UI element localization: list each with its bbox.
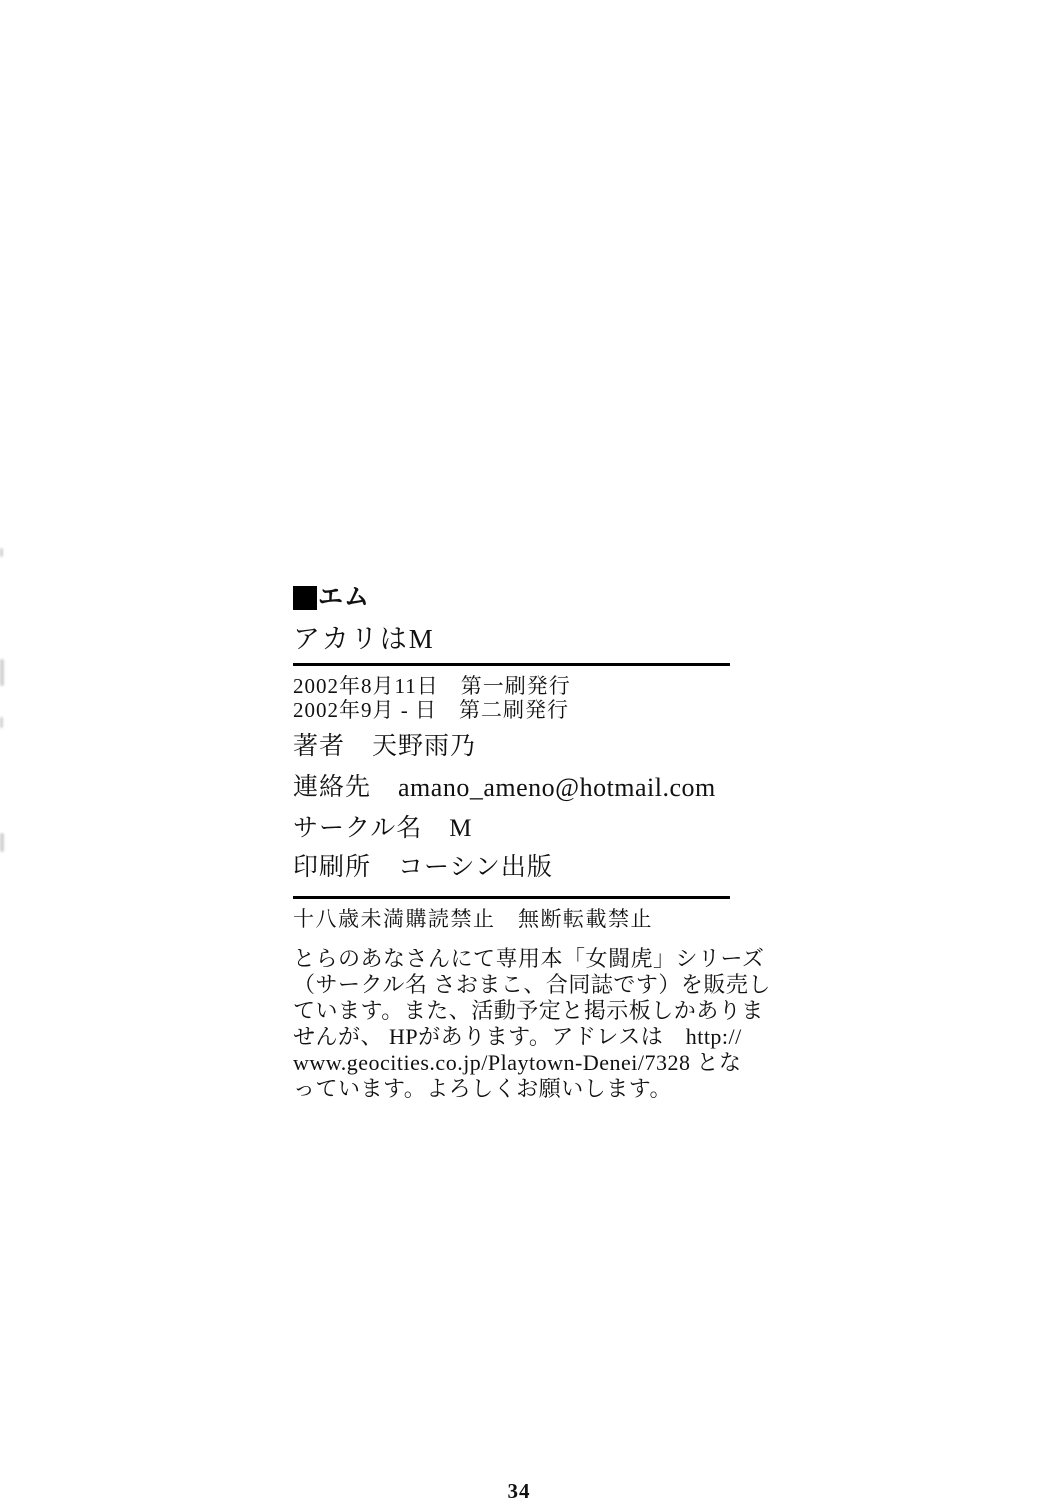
paragraph-line: とらのあなさんにて専用本「女闘虎」シリーズ [293, 946, 771, 972]
circle-name-label: サークル名 [293, 815, 422, 843]
paragraph-line: （サークル名 さおまこ、合同誌です）を販売し [293, 972, 771, 998]
author-label: 著者 [293, 733, 345, 761]
printer-value: コーシン出版 [398, 854, 553, 882]
scan-artifact [0, 548, 3, 557]
scan-artifact [0, 717, 3, 728]
scanned-colophon-page: エム アカリはM 2002年8月11日 第一刷発行 2002年9月 - 日 第二… [0, 0, 1038, 1512]
scan-artifact [0, 659, 4, 686]
paragraph-line: ています。また、活動予定と掲示板しかありま [293, 998, 771, 1024]
author-row: 著者 天野雨乃 [293, 733, 476, 761]
divider-rule-top [293, 663, 730, 666]
contact-row: 連絡先 amano_ameno@hotmail.com [293, 774, 716, 802]
second-printing-line: 2002年9月 - 日 第二刷発行 [293, 698, 569, 722]
paragraph-line: っています。よろしくお願いします。 [293, 1076, 771, 1102]
page-number: 34 [0, 1479, 1038, 1504]
afterword-paragraph: とらのあなさんにて専用本「女闘虎」シリーズ （サークル名 さおまこ、合同誌です）… [293, 946, 771, 1102]
author-value: 天野雨乃 [372, 733, 476, 761]
contact-email: amano_ameno@hotmail.com [398, 774, 716, 802]
circle-name-value: M [449, 815, 472, 843]
first-printing-line: 2002年8月11日 第一刷発行 [293, 674, 571, 698]
series-title: エム [293, 585, 370, 611]
printer-row: 印刷所 コーシン出版 [293, 854, 553, 882]
age-restriction-notice: 十八歳未満購読禁止 無断転載禁止 [293, 907, 653, 931]
divider-rule-bottom [293, 896, 730, 899]
black-square-icon [293, 586, 317, 610]
book-title: アカリはM [293, 624, 435, 654]
paragraph-line: www.geocities.co.jp/Playtown-Denei/7328 … [293, 1050, 771, 1076]
printer-label: 印刷所 [293, 854, 371, 882]
paragraph-line: せんが、 HPがあります。アドレスは http:// [293, 1024, 771, 1050]
scan-artifact [0, 833, 4, 852]
contact-label: 連絡先 [293, 774, 371, 802]
circle-name-row: サークル名 M [293, 815, 473, 843]
series-title-text: エム [318, 585, 370, 611]
